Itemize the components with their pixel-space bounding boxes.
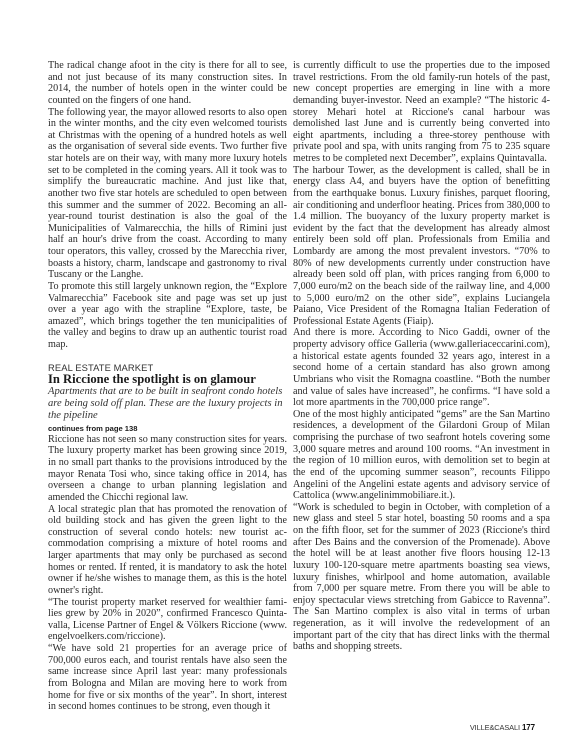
article-header: REAL ESTATE MARKET In Riccione the spotl… [48,362,287,434]
body-paragraph: is currently difficult to use the proper… [293,60,550,165]
section-kicker: REAL ESTATE MARKET [48,362,287,373]
page-folio: VILLE&CASALI 177 [470,723,535,732]
body-paragraph: One of the most highly anticipated “gems… [293,409,550,502]
intro-paragraph: To promote this still largely unknown re… [48,281,287,351]
body-paragraph: “We have sold 21 properties for an avera… [48,643,287,713]
magazine-page: The radical change afoot in the city is … [0,0,580,749]
body-paragraph: “The tourist property market reserved fo… [48,597,287,644]
body-paragraph: The harbour Tower, as the development is… [293,165,550,328]
body-paragraph: A local strategic plan that has promoted… [48,504,287,597]
right-column: is currently difficult to use the proper… [293,60,550,653]
article-headline: In Riccione the spotlight is on glamour [48,373,287,386]
intro-paragraph: The radical change afoot in the city is … [48,60,287,107]
body-paragraph: And there is more. According to Nico Gad… [293,327,550,408]
body-paragraph: “Work is scheduled to begin in October, … [293,502,550,653]
continues-from-note: continues from page 138 [48,423,287,434]
article-standfirst: Apartments that are to be built in seafr… [48,386,287,423]
intro-paragraph: The following year, the mayor allowed re… [48,107,287,281]
body-paragraph: Riccione has not seen so many constructi… [48,434,287,504]
left-column: The radical change afoot in the city is … [48,60,287,713]
magazine-name: VILLE&CASALI [470,723,520,732]
page-number: 177 [522,723,535,732]
